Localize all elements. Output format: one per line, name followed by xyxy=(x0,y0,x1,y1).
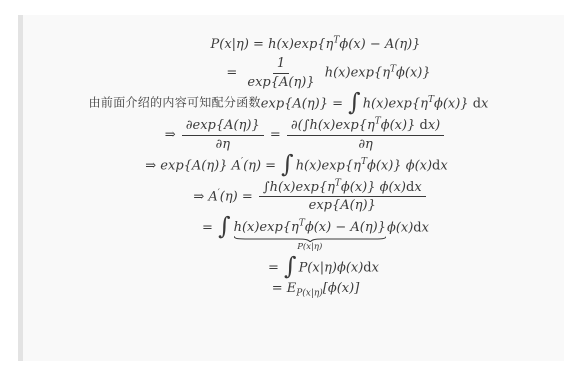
equation-line: ⇒ A′(η) = ∫h(x)exp{ηTϕ(x)} ϕ(x)dxexp{A(η… xyxy=(193,180,427,214)
math-text: P(x|η) = h(x)exp{η xyxy=(211,37,334,52)
math-text: ϕ(x)} ϕ(x) xyxy=(367,159,432,174)
integral-sign: ∫ xyxy=(348,88,361,116)
denominator: exp{A(η)} xyxy=(305,197,380,214)
fraction: ∫h(x)exp{ηTϕ(x)} ϕ(x)dxexp{A(η)} xyxy=(259,180,426,214)
fraction: 1exp{A(η)} xyxy=(243,56,318,90)
math-text: ∂η xyxy=(358,137,373,152)
math-text: ∫h(x)exp{η xyxy=(263,180,335,195)
math-roman: d xyxy=(406,180,414,195)
math-text: ∂η xyxy=(216,137,231,152)
underbrace-content: h(x)exp{ηTϕ(x) − A(η)} xyxy=(234,220,386,235)
equation-line: = ∫P(x|η)ϕ(x)dx xyxy=(268,257,379,279)
page: { "page": { "colors": { "background": "#… xyxy=(0,0,564,370)
equation-line: 由前面介绍的内容可知配分函数exp{A(η)} = ∫h(x)exp{ηTϕ(x… xyxy=(89,93,489,115)
math-roman: ⇒ xyxy=(145,159,160,174)
math-text: ϕ(x)} xyxy=(434,97,473,112)
fraction: ∂(∫h(x)exp{ηTϕ(x)} dx)∂η xyxy=(287,118,444,152)
math-text: x xyxy=(440,159,447,174)
math-text: (η) = xyxy=(243,159,280,174)
equation-line: = ∫h(x)exp{ηTϕ(x) − A(η)}P(x|η)ϕ(x)dx xyxy=(202,217,429,239)
math-text: ϕ(x) xyxy=(387,220,413,235)
math-text: h(x)exp{η xyxy=(321,66,390,81)
numerator: ∂(∫h(x)exp{ηTϕ(x)} dx) xyxy=(287,118,444,136)
math-text: exp{A(η)} A xyxy=(160,159,241,174)
math-text: = xyxy=(268,260,283,275)
denominator: ∂η xyxy=(354,136,377,153)
math-text: x xyxy=(372,260,379,275)
math-roman: d xyxy=(363,260,371,275)
math-text: ∂(∫h(x)exp{η xyxy=(291,118,375,133)
denominator: exp{A(η)} xyxy=(243,74,318,91)
math-text: ϕ(x) − A(η)} xyxy=(339,37,420,52)
math-text: ϕ(x) − A(η)} xyxy=(305,220,386,235)
math-text: = xyxy=(226,66,241,81)
numerator: ∂exp{A(η)} xyxy=(182,118,264,136)
math-text: 1 xyxy=(277,56,285,71)
math-text: h(x)exp{η xyxy=(296,159,361,174)
equation-line: P(x|η) = h(x)exp{ηTϕ(x) − A(η)} xyxy=(211,37,421,53)
math-text: [ϕ(x)] xyxy=(323,281,359,296)
math-text: h(x)exp{η xyxy=(234,220,299,235)
numerator: 1 xyxy=(273,56,289,74)
math-text: P(x|η)ϕ(x) xyxy=(299,260,364,275)
math-text: x xyxy=(422,220,429,235)
underbrace-label: P(x|η) xyxy=(297,243,322,252)
subscript: P(x|η) xyxy=(296,289,323,299)
math-roman: ⇒ xyxy=(193,189,208,204)
equation-line: = EP(x|η)[ϕ(x)] xyxy=(272,281,360,297)
math-text: exp{A(η)} xyxy=(247,75,314,90)
math-derivation-block: P(x|η) = h(x)exp{ηTϕ(x) − A(η)}= 1exp{A(… xyxy=(23,15,564,361)
chinese-text: 由前面介绍的内容可知配分函数 xyxy=(89,96,261,110)
content-panel: P(x|η) = h(x)exp{ηTϕ(x) − A(η)}= 1exp{A(… xyxy=(23,15,564,361)
math-text: ∂exp{A(η)} xyxy=(186,118,260,133)
numerator: ∫h(x)exp{ηTϕ(x)} ϕ(x)dx xyxy=(259,180,426,198)
math-text: x) xyxy=(428,118,440,133)
integral-sign: ∫ xyxy=(218,212,231,240)
math-text: ϕ(x)} xyxy=(381,118,420,133)
math-roman: ⇒ xyxy=(165,128,180,143)
math-text: = xyxy=(202,220,217,235)
math-text: ϕ(x)} xyxy=(396,66,431,81)
math-text: exp{A(η)} = xyxy=(261,97,347,112)
math-roman: d xyxy=(420,118,428,133)
math-text: h(x)exp{η xyxy=(363,97,428,112)
math-roman: d xyxy=(432,159,440,174)
equation-line: ⇒ exp{A(η)} A′(η) = ∫h(x)exp{ηTϕ(x)} ϕ(x… xyxy=(145,155,447,177)
underbrace: h(x)exp{ηTϕ(x) − A(η)}P(x|η) xyxy=(234,220,386,236)
math-text: P(x|η) xyxy=(297,242,322,252)
math-text: ϕ(x)} ϕ(x) xyxy=(341,180,406,195)
fraction: ∂exp{A(η)}∂η xyxy=(182,118,264,152)
math-text: = xyxy=(266,128,285,143)
equation-line: = 1exp{A(η)} h(x)exp{ηTϕ(x)} xyxy=(226,56,430,90)
math-text: x xyxy=(414,180,421,195)
math-roman: d xyxy=(413,220,421,235)
math-text: A xyxy=(208,189,217,204)
math-text: = E xyxy=(272,281,297,296)
integral-sign: ∫ xyxy=(284,252,297,280)
equation-line: ⇒ ∂exp{A(η)}∂η = ∂(∫h(x)exp{ηTϕ(x)} dx)∂… xyxy=(165,118,446,152)
math-text: (η) = xyxy=(220,189,257,204)
math-text: exp{A(η)} xyxy=(309,198,376,213)
denominator: ∂η xyxy=(212,136,235,153)
math-text: x xyxy=(481,97,488,112)
integral-sign: ∫ xyxy=(281,150,294,178)
